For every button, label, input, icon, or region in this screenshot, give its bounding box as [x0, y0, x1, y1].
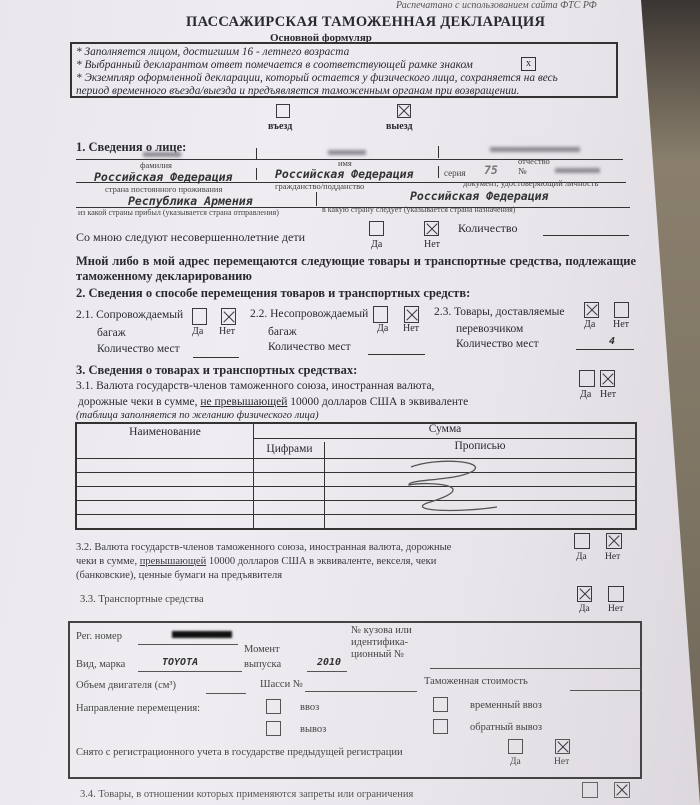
exit-checkbox[interactable]: [397, 104, 411, 118]
export-checkbox[interactable]: [266, 721, 281, 736]
children-quantity-label: Количество: [458, 221, 517, 236]
unaccompanied-no-label: Нет: [403, 323, 419, 334]
reexport-label: обратный вывоз: [470, 722, 542, 733]
children-no-label: Нет: [424, 239, 440, 250]
unaccompanied-yes-checkbox[interactable]: [373, 306, 388, 323]
divider: [316, 192, 317, 206]
item31-line2: дорожные чеки в сумме, не превышающей 10…: [78, 396, 468, 408]
item31-yes-checkbox[interactable]: [579, 370, 595, 387]
arrived-from-caption: из какой страны прибыл (указывается стра…: [78, 208, 279, 217]
col-words-header: Прописью: [325, 440, 635, 452]
document-caption: документ, удостоверяющий личность: [463, 178, 598, 188]
deregistered-label: Снято с регистрационного учета в государ…: [76, 747, 403, 758]
export-label: вывоз: [300, 724, 326, 735]
body-label-2: идентифика-: [351, 637, 412, 649]
accompanied-places-label: Количество мест: [97, 343, 180, 355]
item34-label: 3.4. Товары, в отношении которых применя…: [80, 789, 413, 800]
z-strikeout-scribble: [397, 459, 517, 515]
goods-intro: Мной либо в мой адрес перемещаются следу…: [76, 254, 636, 284]
arrived-from-value: Республика Армения: [128, 194, 253, 208]
col-sum-header: Сумма: [255, 423, 635, 435]
residence-caption: страна постоянного проживания: [105, 184, 222, 194]
item32-no-checkbox[interactable]: [606, 533, 622, 549]
reg-number-field[interactable]: [138, 644, 238, 645]
import-checkbox[interactable]: [266, 699, 281, 714]
patronymic-caption: отчество: [518, 156, 550, 166]
accompanied-baggage-label-2: багаж: [97, 327, 126, 339]
divider: [438, 166, 439, 178]
carrier-no-checkbox[interactable]: [614, 302, 629, 318]
carrier-goods-label: 2.3. Товары, доставляемые: [434, 306, 564, 318]
col-divider: [253, 424, 254, 528]
carrier-places-label: Количество мест: [456, 338, 539, 350]
item32-yes-label: Да: [576, 552, 587, 562]
citizenship-value: Российская Федерация: [275, 167, 413, 181]
children-no-checkbox[interactable]: [424, 221, 439, 236]
instruction-4: период временного въезда/выезда и предъя…: [76, 85, 612, 98]
item31-no-checkbox[interactable]: [600, 370, 615, 387]
accompanied-no-label: Нет: [219, 326, 235, 337]
item32-yes-checkbox[interactable]: [574, 533, 590, 549]
item32-text-pre: чеки в сумме,: [76, 556, 140, 567]
series-value: 75: [484, 163, 498, 177]
section3-heading: 3. Сведения о товарах и транспортных сре…: [76, 363, 357, 378]
destination-caption: в какую страну следует (указывается стра…: [322, 205, 515, 214]
children-quantity-field[interactable]: [543, 235, 629, 236]
body-label-3: ционный №: [351, 649, 412, 661]
import-label: ввоз: [300, 702, 319, 713]
model-label: Вид, марка: [76, 659, 125, 670]
release-year-field: [307, 671, 347, 672]
children-yes-checkbox[interactable]: [369, 221, 384, 236]
item31-line1: 3.1. Валюта государств-членов таможенног…: [76, 380, 434, 392]
model-value: TOYOTA: [162, 657, 198, 668]
temp-import-label: временный ввоз: [470, 700, 542, 711]
item32-line1: 3.2. Валюта государств-членов таможенног…: [76, 541, 534, 555]
section2-heading: 2. Сведения о способе перемещения товаро…: [76, 286, 470, 301]
item34-yes-checkbox[interactable]: [582, 782, 598, 798]
body-number-label: № кузова или идентифика- ционный №: [351, 625, 412, 661]
col-name-header: Наименование: [77, 426, 253, 438]
item32-no-label: Нет: [605, 552, 620, 562]
unaccompanied-no-checkbox[interactable]: [404, 306, 419, 323]
patronymic-redacted: [490, 147, 580, 152]
deregistered-yes-label: Да: [510, 757, 521, 767]
item32-text: 3.2. Валюта государств-членов таможенног…: [76, 541, 534, 583]
row-divider: [77, 486, 635, 487]
unaccompanied-baggage-label-2: багаж: [268, 326, 297, 338]
citizenship-caption: гражданство/подданство: [275, 181, 364, 191]
carrier-no-label: Нет: [613, 319, 629, 330]
accompanied-no-checkbox[interactable]: [221, 308, 236, 325]
deregistered-no-checkbox[interactable]: [555, 739, 570, 754]
series-label: серия: [444, 168, 466, 178]
item31-no-label: Нет: [600, 389, 616, 400]
item33-yes-label: Да: [579, 604, 590, 614]
instruction-3: * Экземпляр оформленной декларации, кото…: [76, 72, 612, 85]
sample-mark-box: x: [521, 57, 536, 71]
item31-underlined: не превышающей: [200, 396, 287, 408]
body-label-1: № кузова или: [351, 625, 412, 637]
release-label-2: выпуска: [244, 659, 281, 670]
item33-no-label: Нет: [608, 604, 623, 614]
item32-line3: (банковские), ценные бумаги на предъявит…: [76, 569, 534, 583]
item32-underlined: превышающей: [140, 556, 207, 567]
reg-number-label: Рег. номер: [76, 631, 122, 642]
item33-label: 3.3. Транспортные средства: [80, 594, 204, 605]
carrier-yes-checkbox[interactable]: [584, 302, 599, 318]
col-divider: [324, 442, 325, 528]
item33-yes-checkbox[interactable]: [577, 586, 592, 602]
number-label: №: [518, 166, 527, 176]
item31-text-post: 10000 долларов США в эквиваленте: [287, 396, 468, 408]
carrier-places-value: 4: [609, 336, 615, 347]
deregistered-no-label: Нет: [554, 757, 569, 767]
unaccompanied-yes-label: Да: [377, 323, 388, 334]
release-label-1: Момент: [244, 644, 280, 655]
item31-text: дорожные чеки в сумме,: [78, 396, 200, 408]
row-divider: [77, 458, 635, 459]
accompanied-yes-checkbox[interactable]: [192, 308, 207, 325]
item31-yes-label: Да: [580, 389, 591, 400]
chassis-label: Шасси №: [260, 679, 303, 690]
unaccompanied-places-label: Количество мест: [268, 341, 351, 353]
col-digits-header: Цифрами: [255, 443, 324, 455]
children-label: Со мною следуют несовершеннолетние дети: [76, 230, 305, 245]
name-redacted: [328, 150, 366, 155]
unaccompanied-baggage-label: 2.2. Несопровождаемый: [250, 308, 368, 320]
entry-checkbox[interactable]: [276, 104, 290, 118]
carrier-goods-label-2: перевозчиком: [456, 323, 523, 335]
currency-table: Наименование Сумма Цифрами Прописью: [75, 422, 637, 530]
customs-value-field[interactable]: [570, 690, 642, 691]
accompanied-places-field[interactable]: [193, 357, 239, 358]
reexport-checkbox[interactable]: [433, 719, 448, 734]
row-divider: [77, 500, 635, 501]
surname-caption: фамилия: [140, 160, 172, 170]
divider: [256, 168, 257, 180]
chassis-field[interactable]: [305, 691, 417, 692]
deregistered-yes-checkbox[interactable]: [508, 739, 523, 754]
entry-label: въезд: [268, 121, 292, 132]
printed-note: Распечатано с использованием сайта ФТС Р…: [396, 0, 597, 11]
exit-label: выезд: [386, 121, 413, 132]
item33-no-checkbox[interactable]: [608, 586, 624, 602]
children-yes-label: Да: [371, 239, 382, 250]
destination-value: Российская Федерация: [410, 189, 548, 203]
customs-value-label: Таможенная стоимость: [424, 676, 528, 687]
document-number-redacted: [555, 168, 600, 173]
temp-import-checkbox[interactable]: [433, 697, 448, 712]
engine-volume-label: Объем двигателя (см³): [76, 680, 176, 691]
carrier-places-field: [576, 349, 634, 350]
item34-no-checkbox[interactable]: [614, 782, 630, 798]
row-divider: [77, 472, 635, 473]
item32-text-post: 10000 долларов США в эквиваленте, вексел…: [206, 556, 436, 567]
accompanied-baggage-label: 2.1. Сопровождаемый: [76, 309, 183, 321]
unaccompanied-places-field[interactable]: [368, 354, 425, 355]
body-number-field[interactable]: [430, 668, 642, 669]
carrier-yes-label: Да: [584, 319, 595, 330]
model-field: [138, 671, 242, 672]
surname-redacted: [143, 152, 181, 157]
form-title: ПАССАЖИРСКАЯ ТАМОЖЕННАЯ ДЕКЛАРАЦИЯ: [186, 14, 545, 31]
row-divider: [253, 438, 635, 439]
vehicle-details-box: Рег. номер Вид, марка TOYOTA Момент выпу…: [68, 621, 642, 779]
row-divider: [77, 514, 635, 515]
accompanied-yes-label: Да: [192, 326, 203, 337]
movement-direction-label: Направление перемещения:: [76, 703, 200, 714]
reg-number-redacted: [172, 631, 232, 638]
engine-volume-field[interactable]: [206, 693, 246, 694]
item32-line2: чеки в сумме, превышающей 10000 долларов…: [76, 555, 534, 569]
release-year-value: 2010: [317, 657, 341, 668]
divider: [256, 148, 257, 160]
divider: [438, 146, 439, 158]
item31-note: (таблица заполняется по желанию физическ…: [76, 410, 319, 421]
